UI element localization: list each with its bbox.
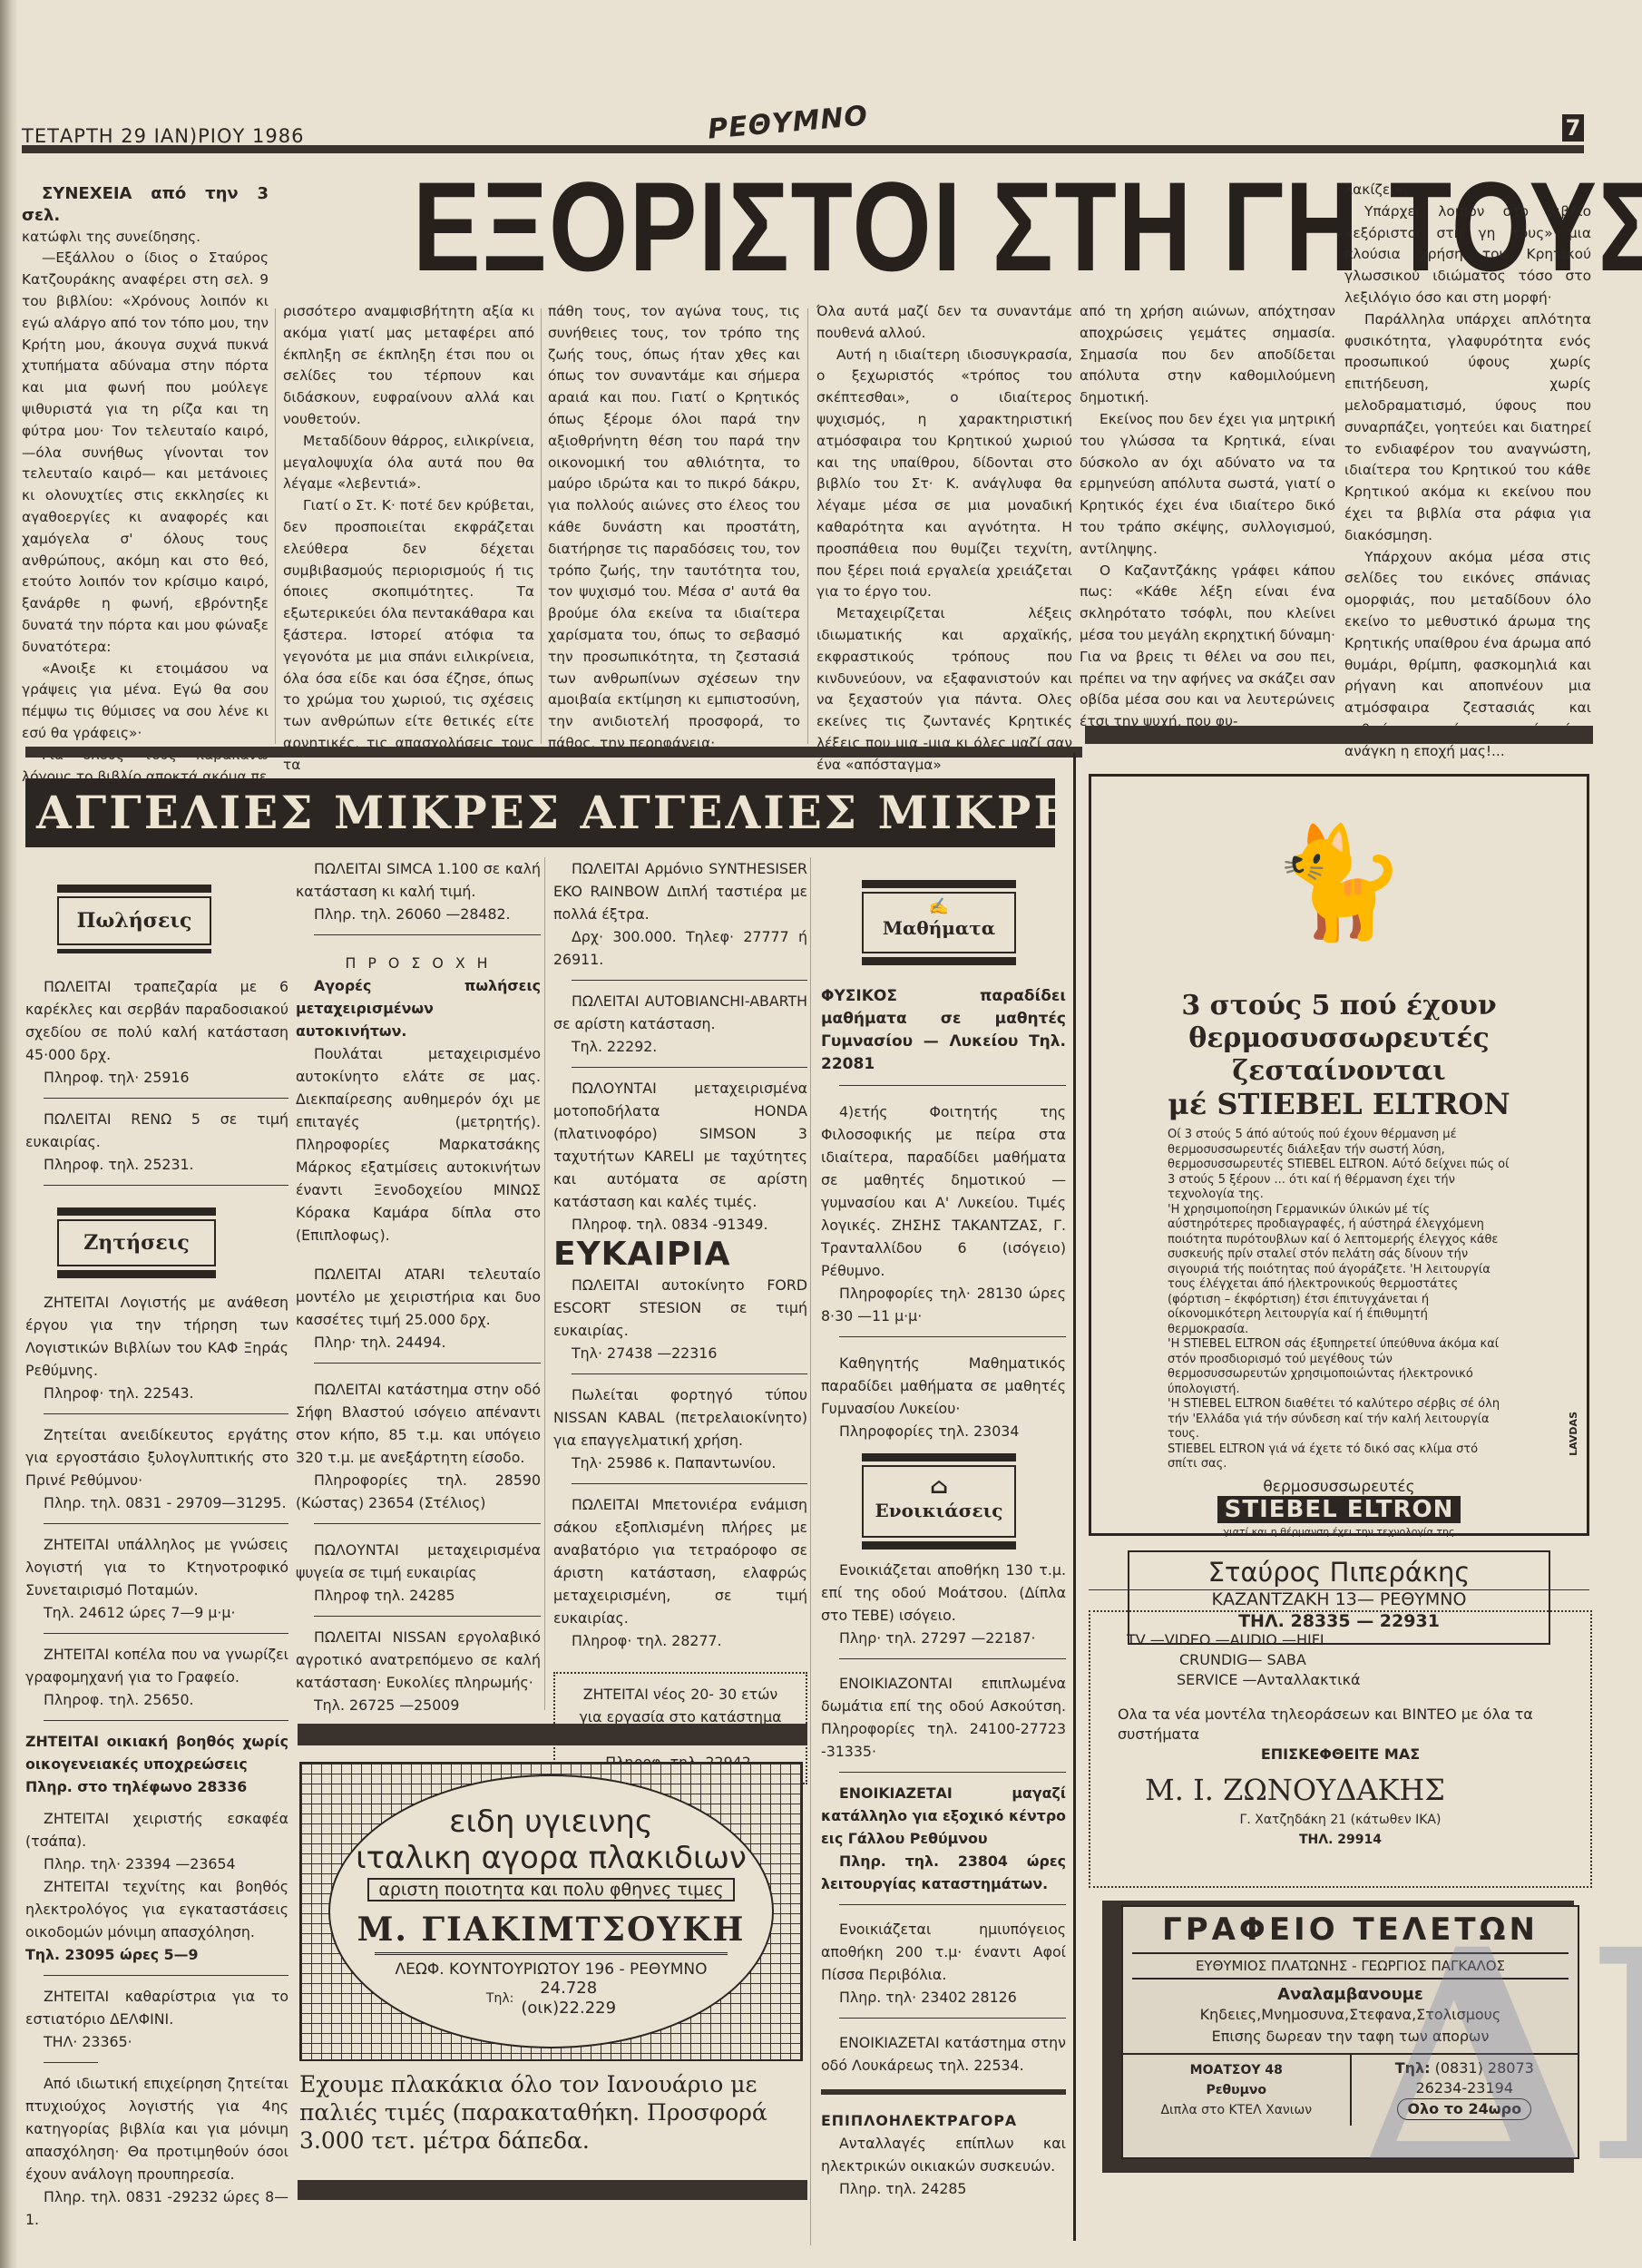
ad-contact: Τηλ. 23095 ώρες 5—9 [25, 1943, 288, 1966]
dealer-name: Σταύρος Πιπεράκης [1129, 1556, 1549, 1589]
cats-illustration-icon: 🐈 [1091, 777, 1587, 990]
ad-contact: Πληροφ. τηλ· 25916 [25, 1066, 288, 1089]
paragraph: Όλα αυτά μαζί δεν τα συναντάμε πουθενά α… [816, 301, 1072, 345]
category-label-text: Ενοικιάσεις [864, 1500, 1014, 1521]
ad-contact: Πληροφ. τηλ. 25231. [25, 1153, 288, 1176]
electronics-business-name: Μ. Ι. ΖΩΝΟΥΔΑΚΗΣ [1118, 1770, 1563, 1810]
ad-contact: Πληροφορίες τηλ. 28590 (Κώστας) 23654 (Σ… [296, 1469, 541, 1514]
ad-body: ΠΩΛΕΙΤΑΙ τραπεζαρία με 6 καρέκλες και σε… [25, 975, 288, 1066]
category-header-rentals: ⌂ Ενοικιάσεις [862, 1453, 1016, 1549]
category-bar [57, 949, 211, 953]
ad-contact: Δρχ· 300.000. Τηλεφ· 27777 ή 26911. [553, 925, 807, 971]
electronics-body: Ολα τα νέα μοντέλα τηλεοράσεων και ΒΙΝΤΕ… [1118, 1705, 1563, 1745]
tiles-tel-label: Τηλ: [486, 1991, 513, 2006]
house-icon: ⌂ [864, 1472, 1014, 1500]
paragraph: ρισσότερο αναμφισβήτητη αξία κι ακόμα γι… [283, 301, 534, 431]
ad-body: ΕΝΟΙΚΙΑΖΕΤΑΙ κατάστημα στην οδό Λουκάρεω… [821, 2031, 1066, 2077]
paragraph: Ο Καζαντζάκης γράφει κάπου πως: «Κάθε λέ… [1080, 561, 1335, 733]
article-bottom-rule-right [1085, 726, 1593, 744]
tiles-tel-numbers: 24.728 (οικ)22.229 [521, 1979, 616, 2019]
article-column-3: πάθη τους, τον αγώνα τους, τις συνήθειες… [548, 301, 800, 755]
electronics-address: Γ. Χατζηδάκη 21 (κάτωθεν ΙΚΑ) [1118, 1810, 1563, 1830]
ad-separator [314, 1363, 541, 1364]
ad-contact: ΤΗΛ· 23365· [25, 2030, 288, 2053]
category-bar [57, 885, 211, 893]
ad-separator [839, 1336, 1066, 1337]
ad-contact: Πληρ. τηλ· 23394 —23654 [25, 1853, 288, 1875]
newspaper-name: ΡΕΘΥΜΝΟ [707, 100, 870, 145]
ad-body: ΖΗΤΕΙΤΑΙ οικιακή βοηθός χωρίς οικογενεια… [25, 1730, 288, 1775]
category-header-lessons: ✍ Μαθήματα [862, 880, 1016, 965]
newspaper-page: ΤΕΤΑΡΤΗ 29 ΙΑΝ)ΡΙΟΥ 1986 ΡΕΘΥΜΝΟ 7 ΕΞΟΡΙ… [0, 0, 1642, 2268]
article-column-2: ρισσότερο αναμφισβήτητη αξία κι ακόμα γι… [283, 301, 534, 777]
ad-separator [1089, 1589, 1589, 1590]
paragraph: Εκείνος που δεν έχει για μητρική του γλώ… [1080, 409, 1335, 561]
ad-title-opportunity: ΕΥΚΑΙΡΙΑ [553, 1236, 807, 1274]
masthead-rule [22, 145, 1584, 153]
paragraph: Παράλληλα υπάρχει απλότητα φυσικότητα, γ… [1344, 309, 1591, 547]
ad-separator [839, 1904, 1066, 1905]
ad-separator [314, 934, 541, 935]
electronics-cta: ΕΠΙΣΚΕΦΘΕΙΤΕ ΜΑΣ [1118, 1745, 1563, 1765]
ad-body: ΠΩΛΕΙΤΑΙ αυτοκίνητο FORD ESCORT STESION … [553, 1274, 807, 1342]
ad-band [298, 2180, 807, 2200]
category-bar [57, 1270, 216, 1278]
funeral-address-city: Ρεθυμνο [1123, 2080, 1350, 2100]
category-bar [862, 957, 1016, 965]
ad-title: ΕΠΙΠΛΟΗΛΕΚΤΡΑΓΟΡΑ [821, 2109, 1066, 2132]
ad-body: ΖΗΤΕΙΤΑΙ υπάλληλος με γνώσεις λογιστή γι… [25, 1533, 288, 1601]
ad-separator [839, 1772, 1066, 1773]
ad-body: ΠΩΛΕΙΤΑΙ ATARI τελευταίο μοντέλο με χειρ… [296, 1263, 541, 1331]
funeral-address: ΜΟΑΤΣΟΥ 48 Ρεθυμνο Διπλα στο ΚΤΕΛ Χανιων [1123, 2055, 1352, 2126]
tiles-business-name: Μ. ΓΙΑΚΙΜΤΣΟΥΚΗ [330, 1911, 772, 1949]
column-divider [810, 857, 811, 2245]
ad-body: Πωλείται φορτηγό τύπου NISSAN KABAL (πετ… [553, 1383, 807, 1452]
ad-body: ΖΗΤΕΙΤΑΙ χειριστής εσκαφέα (τσάπα). [25, 1807, 288, 1853]
ad-body: Από ιδιωτική επιχείρηση ζητείται πτυχιού… [25, 2072, 288, 2185]
category-label-wanted: Ζητήσεις [57, 1219, 216, 1266]
stiebel-brand: STIEBEL ELTRON [1217, 1496, 1461, 1523]
tiles-phone: Τηλ: 24.728 (οικ)22.229 [330, 1979, 772, 2019]
ad-separator-thick [821, 2089, 1066, 2095]
category-bar [57, 1207, 216, 1216]
category-label-rentals: ⌂ Ενοικιάσεις [862, 1465, 1016, 1538]
electronics-phone: ΤΗΛ. 29914 [1118, 1830, 1563, 1850]
ad-separator [44, 1975, 288, 1976]
category-label-sales: Πωλήσεις [57, 896, 211, 945]
ad-body: Ενοικιάζεται αποθήκη 130 τ.μ. επί της οδ… [821, 1559, 1066, 1627]
ad-body: ΕΝΟΙΚΙΑΖΕΤΑΙ μαγαζί κατάλληλο για εξοχικ… [821, 1782, 1066, 1850]
ad-contact: Πληρ. τηλ. 0831 - 29709—31295. [25, 1491, 288, 1514]
category-header-wanted: Ζητήσεις [57, 1207, 216, 1278]
page-number: 7 [1562, 114, 1584, 142]
ad-contact: Πληροφ· τηλ. 22543. [25, 1382, 288, 1404]
article-column-5: από τη χρήση αιώνων, απόχτησαν αποχρώσει… [1080, 301, 1335, 733]
ad-contact: Πληρ· τηλ. 24494. [296, 1331, 541, 1354]
funeral-address-note: Διπλα στο ΚΤΕΛ Χανιων [1123, 2100, 1350, 2120]
ad-separator [44, 1523, 288, 1524]
rentals-ads: Ενοικιάζεται αποθήκη 130 τ.μ. επί της οδ… [821, 1559, 1066, 2200]
students-icon: ✍ [864, 897, 1014, 917]
paragraph: Γιατί ο Στ. Κ· ποτέ δεν κρύβεται, δεν πρ… [283, 495, 534, 776]
tiles-tel-2: (οικ)22.229 [521, 1999, 616, 2019]
ad-body: Ανταλλαγές επίπλων και ηλεκτρικών οικιακ… [821, 2132, 1066, 2177]
ad-body: ΠΩΛΕΙΤΑΙ Αρμόνιο SYNTHESISER EKO RAINBOW… [553, 857, 807, 925]
ad-body: ΠΩΛΕΙΤΑΙ Μπετονιέρα ενάμιση σάκου εξοπλι… [553, 1493, 807, 1629]
ad-body: ΖΗΤΕΙΤΑΙ Λογιστής με ανάθεση έργου για τ… [25, 1291, 288, 1382]
tiles-ad: ειδη υγιεινης ιταλικη αγορα πλακιδιων αρ… [299, 1762, 803, 2061]
tiles-ad-oval: ειδη υγιεινης ιταλικη αγορα πλακιδιων αρ… [328, 1774, 774, 2048]
funeral-address-street: ΜΟΑΤΣΟΥ 48 [1123, 2060, 1350, 2080]
classifieds-banner: ΑΓΓΕΛΙΕΣ ΜΙΚΡΕΣ ΑΓΓΕΛΙΕΣ ΜΙΚΡΕΣ [25, 778, 1055, 847]
stiebel-body: Οί 3 στούς 5 άπό αύτούς πού έχουν θέρμαν… [1168, 1128, 1510, 1472]
stiebel-headline-2: θερμοσυσσωρευτές ζεσταίνονται [1091, 1022, 1587, 1088]
column-divider [544, 857, 545, 1710]
ad-separator [44, 1633, 288, 1634]
article-bottom-rule [25, 747, 1082, 758]
wanted-ads: ΖΗΤΕΙΤΑΙ Λογιστής με ανάθεση έργου για τ… [25, 1291, 288, 2231]
agency-mark: LAVDAS [1568, 1412, 1579, 1456]
stiebel-paragraph: 'Η STIEBEL ELTRON διαθέτει τό καλύτερο σ… [1168, 1397, 1510, 1442]
stiebel-eltron-ad: 🐈 3 στούς 5 πού έχουν θερμοσυσσωρευτές ζ… [1089, 774, 1589, 1536]
tiles-tel-1: 24.728 [521, 1979, 616, 1999]
classified-ad: ΠΩΛΕΙΤΑΙ RENΩ 5 σε τιμή ευκαιρίας. Πληρο… [25, 1108, 288, 1176]
ad-body: 4)ετής Φοιτητής της Φιλοσοφικής με πείρα… [821, 1100, 1066, 1282]
category-bar [862, 880, 1016, 888]
category-header-sales: Πωλήσεις [57, 885, 211, 953]
stiebel-slogan: γιατί και η θέρμανση έχει την τεχνολογία… [1091, 1526, 1587, 1538]
ad-body: ΠΩΛΕΙΤΑΙ NISSAN εργολαβικό αγροτικό ανατ… [296, 1626, 541, 1694]
page-binding-edge [0, 0, 18, 2268]
paragraph: Αυτή η ιδιαίτερη ιδιοσυγκρασία, ο ξεχωρι… [816, 345, 1072, 604]
dealer-address: ΚΑΖΑΝΤΖΑΚΗ 13— ΡΕΘΥΜΝΟ [1129, 1589, 1549, 1610]
ad-contact: Πληρ. τηλ. 0831 -29232 ώρες 8—1. [25, 2185, 288, 2231]
paragraph: κατώφλι της συνείδησης. [22, 227, 269, 249]
ad-body: ΠΩΛΕΙΤΑΙ AUTOBIANCHI-ABARTH σε αρίστη κα… [553, 990, 807, 1035]
ad-separator [839, 2018, 1066, 2019]
ad-contact: Πληροφ. τηλ. 0834 -91349. [553, 1213, 807, 1236]
stiebel-product: θερμοσυσσωρευτές [1091, 1478, 1587, 1496]
ad-body: ΠΩΛΕΙΤΑΙ κατάστημα στην οδό Σήφη Βλαστού… [296, 1378, 541, 1469]
archive-watermark: ΔK [1361, 1887, 1642, 2227]
ad-contact: Πληρ. τηλ. 26060 —28482. [296, 903, 541, 925]
stiebel-headline-1: 3 στούς 5 πού έχουν [1091, 990, 1587, 1022]
paragraph: Μεταδίδουν θάρρος, ειλικρίνεια, μεγαλοψυ… [283, 431, 534, 495]
ad-separator [572, 1483, 807, 1484]
ad-body: ΖΗΤΕΙΤΑΙ κοπέλα που να γνωρίζει γραφομηχ… [25, 1643, 288, 1688]
ad-body: Ζητείται ανειδίκευτος εργάτης για εργοστ… [25, 1423, 288, 1491]
ad-contact: Πληροφ τηλ. 24285 [296, 1584, 541, 1607]
article-column-6: λακίζει». Υπάρχει λοιπόν στο βιβλίο «εξό… [1344, 180, 1591, 763]
ad-contact: Τηλ· 27438 —22316 [553, 1342, 807, 1364]
stiebel-paragraph: Οί 3 στούς 5 άπό αύτούς πού έχουν θέρμαν… [1168, 1128, 1510, 1203]
tiles-footer: Εχουμε πλακάκια όλο τον Ιανουάριο με παλ… [299, 2070, 807, 2155]
classifieds-column-2: ΠΩΛΕΙΤΑΙ SIMCA 1.100 σε καλή κατάσταση κ… [296, 857, 541, 1716]
ad-body: Ενοικιάζεται ημιυπόγειος αποθήκη 200 τ.μ… [821, 1918, 1066, 1986]
ad-body: Καθηγητής Μαθηματικός παραδίδει μαθήματα… [821, 1352, 1066, 1420]
ad-separator [314, 1523, 541, 1524]
classifieds-column-1: Πωλήσεις ΠΩΛΕΙΤΑΙ τραπεζαρία με 6 καρέκλ… [25, 866, 288, 2231]
ad-contact: Πληρ. τηλ. 23804 ώρες λειτουργίας καταστ… [821, 1850, 1066, 1895]
sales-ads: ΠΩΛΕΙΤΑΙ τραπεζαρία με 6 καρέκλες και σε… [25, 975, 288, 1186]
ad-body: ΠΩΛΟΥΝΤΑΙ μεταχειρισμένα ψυγεία σε τιμή … [296, 1539, 541, 1584]
ad-contact: Πληρ· τηλ. 27297 —22187· [821, 1627, 1066, 1649]
stiebel-paragraph: STIEBEL ELTRON γιά νά έχετε τό δικό σας … [1168, 1442, 1510, 1472]
ad-separator [839, 1658, 1066, 1659]
tiles-rule [375, 1952, 728, 1955]
stiebel-headline-3: μέ STIEBEL ELTRON [1091, 1088, 1587, 1120]
ad-contact: Πληροφ· τηλ. 28277. [553, 1629, 807, 1652]
tiles-tagline: αριστη ποιοτητα και πολυ φθηνες τιμες [367, 1878, 734, 1901]
tiles-line-1: ειδη υγιεινης [330, 1804, 772, 1840]
classifieds-column-4: ✍ Μαθήματα ΦΥΣΙΚΟΣ παραδίδει μαθήματα σε… [821, 880, 1066, 2200]
stiebel-logo: STIEBEL ELTRON [1091, 1496, 1587, 1523]
electronics-ad: TV —VIDEO —AUDIO —HIFI CRUNDIG— SABA SER… [1089, 1610, 1592, 1888]
issue-date: ΤΕΤΑΡΤΗ 29 ΙΑΝ)ΡΙΟΥ 1986 [22, 125, 304, 147]
ad-body: ΦΥΣΙΚΟΣ παραδίδει μαθήματα σε μαθητές Γυ… [821, 985, 1066, 1076]
ad-contact: Πληρ. τηλ· 23402 28126 [821, 1986, 1066, 2009]
continued-from: ΣΥΝΕΧΕΙΑ από την 3 σελ. [22, 183, 269, 227]
ad-contact: Πληροφορίες τηλ· 28130 ώρες 8·30 —11 μ·μ… [821, 1282, 1066, 1327]
ad-separator [314, 1616, 541, 1617]
ad-body: ΠΩΛΕΙΤΑΙ RENΩ 5 σε τιμή ευκαιρίας. [25, 1108, 288, 1153]
ad-separator [572, 980, 807, 981]
category-label-text: Μαθήματα [864, 917, 1014, 939]
ad-subtitle: Αγορές πωλήσεις μεταχειρισμένων αυτοκινή… [296, 974, 541, 1042]
ad-body: Πουλάται μεταχειρισμένο αυτοκίνητο ελάτε… [296, 1042, 541, 1246]
ad-band [298, 1724, 807, 1745]
lessons-ads: ΦΥΣΙΚΟΣ παραδίδει μαθήματα σε μαθητές Γυ… [821, 985, 1066, 1442]
classifieds-column-3: ΠΩΛΕΙΤΑΙ Αρμόνιο SYNTHESISER EKO RAINBOW… [553, 857, 807, 1784]
column-divider [807, 308, 808, 744]
ad-title: Π Ρ Ο Σ Ο Χ Η [296, 952, 541, 974]
category-label-lessons: ✍ Μαθήματα [862, 892, 1016, 953]
stiebel-headline: 3 στούς 5 πού έχουν θερμοσυσσωρευτές ζεσ… [1091, 990, 1587, 1120]
ad-contact: Πληροφ. τηλ. 25650. [25, 1688, 288, 1711]
electronics-line-3: SERVICE —Ανταλλακτικά [1118, 1670, 1563, 1690]
category-bar [862, 1541, 1016, 1549]
category-bar [862, 1453, 1016, 1461]
classified-ad: ΠΩΛΕΙΤΑΙ τραπεζαρία με 6 καρέκλες και σε… [25, 975, 288, 1089]
paragraph: «Ανοιξε κι ετοιμάσου να γράψεις για μένα… [22, 659, 269, 745]
classifieds-divider [1073, 753, 1076, 2241]
ad-separator [44, 2062, 98, 2063]
ad-separator [44, 1098, 288, 1099]
paragraph: —Εξάλλου ο ίδιος ο Σταύρος Κατζουράκης α… [22, 248, 269, 658]
ad-body: ΖΗΤΕΙΤΑΙ τεχνίτης και βοηθός ηλεκτρολόγο… [25, 1875, 288, 1943]
ad-separator [44, 1185, 288, 1186]
ad-body: ΕΝΟΙΚΙΑΖΟΝΤΑΙ επιπλωμένα δωμάτια επί της… [821, 1672, 1066, 1763]
ad-contact: Τηλ. 24612 ώρες 7—9 μ·μ· [25, 1601, 288, 1624]
paragraph: λακίζει». [1344, 180, 1591, 201]
ad-body: ΠΩΛΟΥΝΤΑΙ μεταχειρισμένα μοτοποδήλατα HO… [553, 1077, 807, 1213]
ad-contact: Τηλ. 26725 —25009 [296, 1694, 541, 1716]
tiles-line-2: ιταλικη αγορα πλακιδιων [330, 1840, 772, 1876]
ad-contact: Τηλ· 25986 κ. Παπαντωνίου. [553, 1452, 807, 1474]
article-column-1: ΣΥΝΕΧΕΙΑ από την 3 σελ. κατώφλι της συνε… [22, 183, 269, 787]
column-divider [541, 308, 542, 744]
stiebel-paragraph: 'Η χρησιμοποίηση Γερμανικών ύλικών μέ τί… [1168, 1203, 1510, 1338]
electronics-line-1: TV —VIDEO —AUDIO —HIFI [1118, 1630, 1563, 1650]
article-column-4: Όλα αυτά μαζί δεν τα συναντάμε πουθενά α… [816, 301, 1072, 777]
paragraph: Υπάρχει λοιπόν στο βιβλίο «εξόριστοι στη… [1344, 201, 1591, 309]
ad-body: ΠΩΛΕΙΤΑΙ SIMCA 1.100 σε καλή κατάσταση κ… [296, 857, 541, 903]
ad-contact: Πληρ. τηλ. 24285 [821, 2177, 1066, 2200]
stiebel-paragraph: 'Η STIEBEL ELTRON σάς έξυπηρετεί ύπεύθυν… [1168, 1337, 1510, 1397]
ad-separator [839, 1085, 1066, 1086]
ad-separator [572, 1067, 807, 1068]
tiles-address: ΛΕΩΦ. ΚΟΥΝΤΟΥΡΙΩΤΟΥ 196 - ΡΕΘΥΜΝΟ [330, 1960, 772, 1979]
ad-contact: Τηλ. 22292. [553, 1035, 807, 1058]
paragraph: πάθη τους, τον αγώνα τους, τις συνήθειες… [548, 301, 800, 755]
ad-separator [572, 1374, 807, 1374]
ad-separator [44, 1413, 288, 1414]
ad-contact: Πληρ. στο τηλέφωνο 28336 [25, 1775, 288, 1798]
column-divider [275, 308, 276, 744]
ad-separator [44, 1720, 288, 1721]
ad-body: ΖΗΤΕΙΤΑΙ καθαρίστρια για το εστιατόριο Δ… [25, 1985, 288, 2030]
paragraph: από τη χρήση αιώνων, απόχτησαν αποχρώσει… [1080, 301, 1335, 409]
electronics-line-2: CRUNDIG— SABA [1118, 1650, 1563, 1670]
ad-contact: Πληροφορίες τηλ. 23034 [821, 1420, 1066, 1442]
